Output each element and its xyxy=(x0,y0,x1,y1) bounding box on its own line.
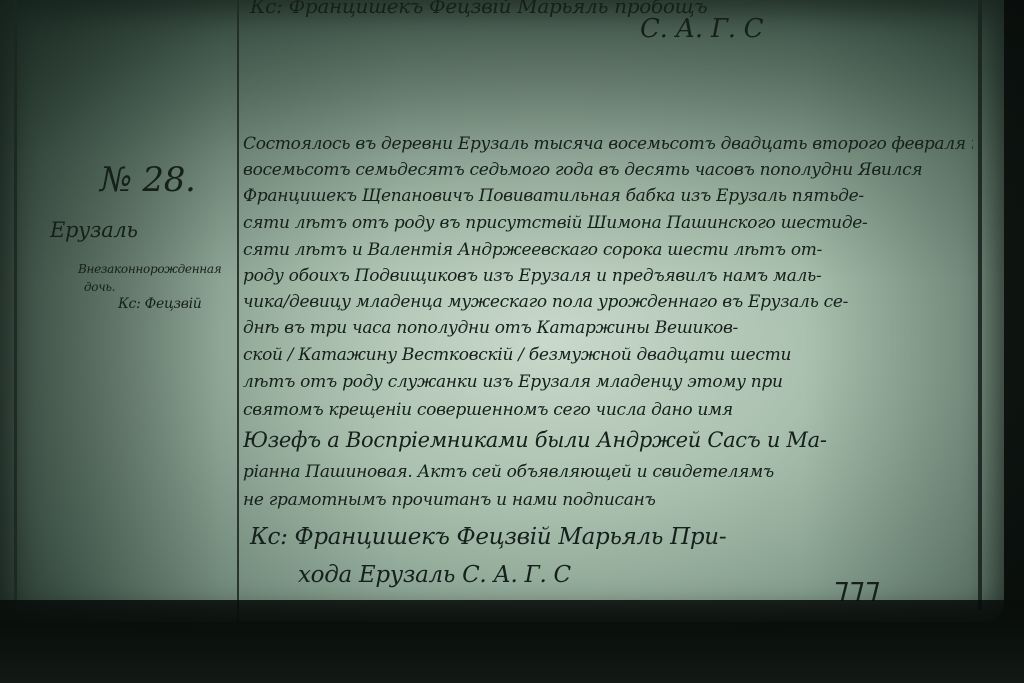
page-right-edge xyxy=(978,0,982,610)
entry-body-line: ріанна Пашиновая. Актъ сей объявляющей и… xyxy=(243,462,973,482)
entry-body-line: сяти лѣтъ и Валентія Андржеевскаго сорок… xyxy=(243,240,973,260)
entry-body-line: ской / Катажину Вестковскій / безмужной … xyxy=(243,345,973,365)
entry-body-line: не грамотнымъ прочитанъ и нами подписанъ xyxy=(243,490,973,510)
scan-bottom-shadow xyxy=(0,600,1024,683)
entry-body-line: Юзефъ а Воспріемниками были Андржей Сасъ… xyxy=(243,428,973,452)
entry-margin-note: Внезаконнорожденная xyxy=(78,262,221,276)
previous-entry-signature-line: Кс: Францишекъ Фецзвій Марьяль пробощъ xyxy=(250,0,707,18)
entry-body-line: чика/девицу младенца мужескаго пола урож… xyxy=(243,292,973,312)
priest-signature-initials: хода Ерузаль С. А. Г. С xyxy=(298,562,571,588)
entry-body-line: святомъ крещеніи совершенномъ сего числа… xyxy=(243,400,973,420)
priest-signature-line: Кс: Францишекъ Фецзвій Марьяль При- xyxy=(250,524,726,550)
entry-number: № 28. xyxy=(100,160,196,200)
register-page: Кс: Францишекъ Фецзвій Марьяль пробощъ С… xyxy=(0,0,1004,622)
entry-body-line: Состоялось въ деревни Ерузаль тысяча вос… xyxy=(243,134,973,154)
margin-column-rule xyxy=(237,0,239,622)
previous-entry-initials: С. А. Г. С xyxy=(640,14,763,44)
entry-margin-note-2: дочь. xyxy=(84,280,115,294)
page-left-edge xyxy=(14,0,17,600)
entry-body-line: Францишекъ Щепановичъ Повиватильная бабк… xyxy=(243,186,973,206)
entry-margin-priest: Кс: Фецзвій xyxy=(118,296,202,312)
entry-village: Ерузаль xyxy=(50,218,138,242)
entry-body-line: роду обоихъ Подвищиковъ изъ Ерузаля и пр… xyxy=(243,266,973,286)
entry-body-line: восемьсотъ семьдесятъ седьмого года въ д… xyxy=(243,160,973,180)
entry-body-line: днѣ въ три часа пополудни отъ Катаржины … xyxy=(243,318,973,338)
microfilm-scan: Кс: Францишекъ Фецзвій Марьяль пробощъ С… xyxy=(0,0,1024,683)
entry-body-line: сяти лѣтъ отъ роду въ присутствій Шимона… xyxy=(243,213,973,233)
entry-body-line: лѣтъ отъ роду служанки изъ Ерузаля младе… xyxy=(243,372,973,392)
